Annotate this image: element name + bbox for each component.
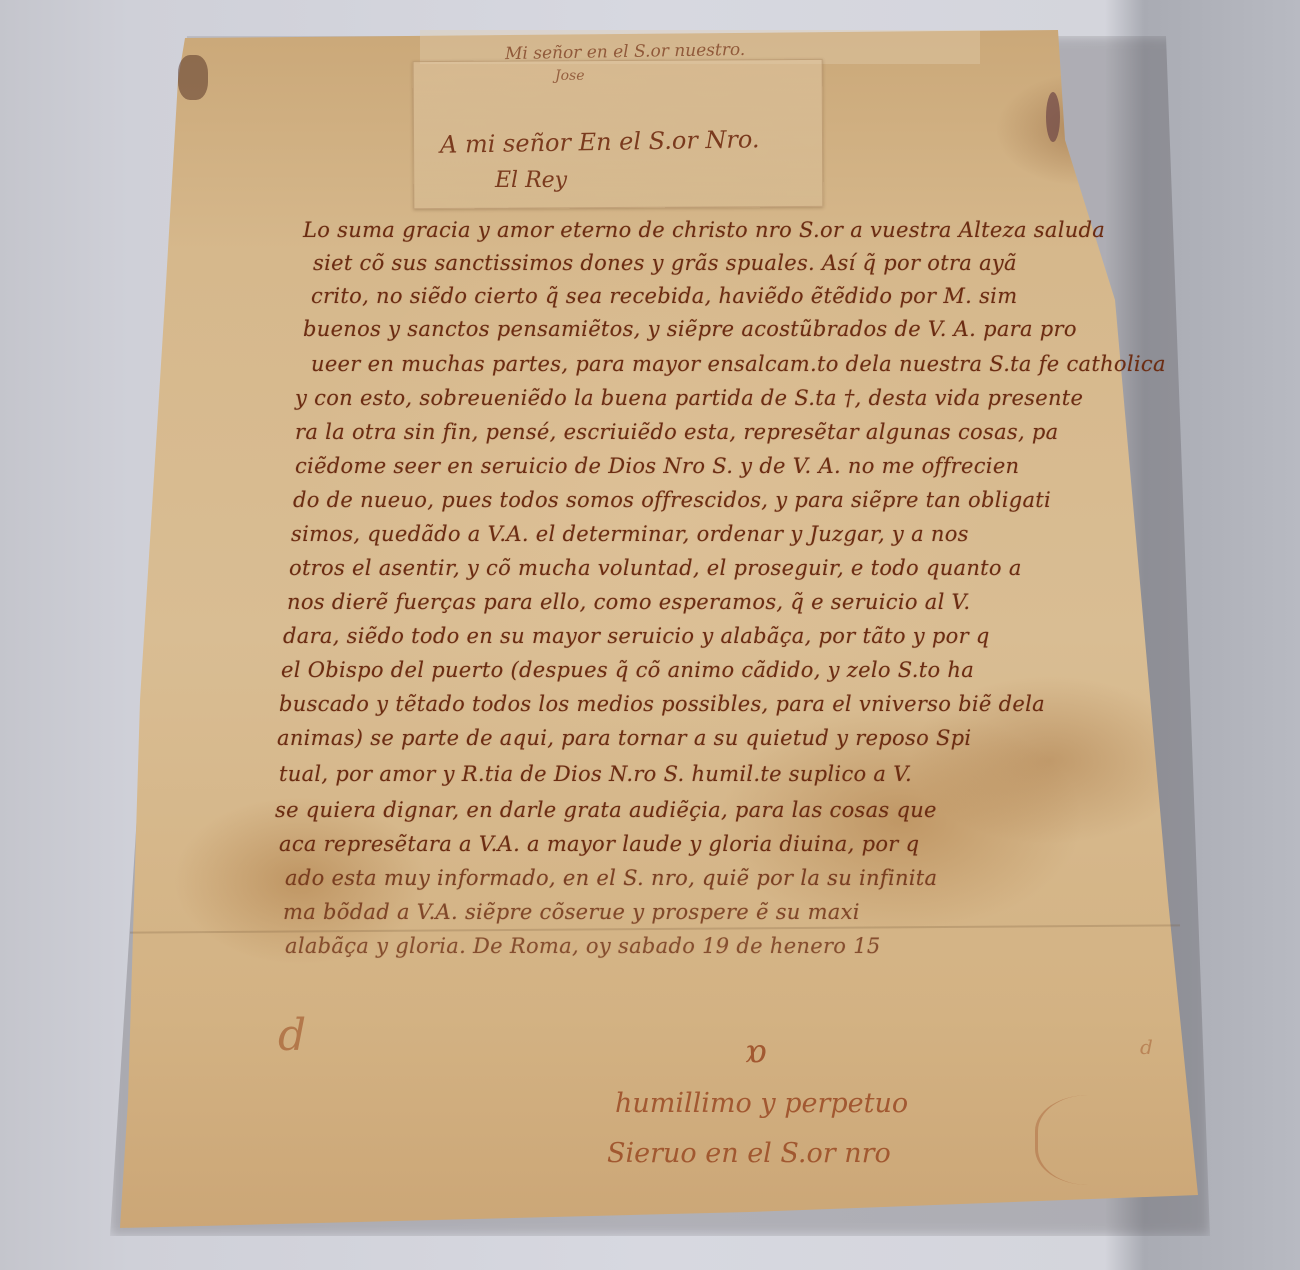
body-line: ueer en muchas partes, para mayor ensalc… [311, 352, 1166, 376]
body-line: tual, por amor y R.tia de Dios N.ro S. h… [279, 762, 912, 786]
body-line: dara, siẽdo todo en su mayor seruicio y … [283, 624, 990, 648]
body-line: ra la otra sin fin, pensé, escriuiẽdo es… [295, 420, 1058, 444]
body-line: crito, no siẽdo cierto q̃ sea recebida, … [311, 284, 1017, 308]
body-line: nos dierẽ fuerças para ello, como espera… [287, 590, 970, 614]
address-line-1: Mi señor en el S.or nuestro. [505, 40, 746, 64]
closing-line-2: Sieruo en el S.or nro [607, 1138, 891, 1169]
body-line: simos, quedãdo a V.A. el determinar, ord… [291, 522, 969, 546]
torn-corner [178, 55, 208, 100]
signature-flourish [1035, 1095, 1168, 1185]
address-line-2: Jose [555, 68, 585, 84]
address-line-3: A mi señor En el S.or Nro. [440, 125, 760, 159]
body-line: se quiera dignar, en darle grata audiẽçi… [275, 798, 937, 822]
closing-flourish: ɒ [745, 1032, 767, 1070]
body-line: otros el asentir, y cõ mucha voluntad, e… [289, 556, 1022, 580]
body-line: do de nueuo, pues todos somos offrescido… [293, 488, 1051, 512]
margin-mark: d [278, 1010, 306, 1061]
body-line: y con esto, sobreueniẽdo la buena partid… [295, 386, 1083, 410]
closing-line-1: humillimo y perpetuo [615, 1088, 908, 1119]
body-line: ma bõdad a V.A. siẽpre cõserue y prosper… [283, 900, 860, 924]
body-line: aca represẽtara a V.A. a mayor laude y g… [279, 832, 919, 856]
margin-mark: d [1140, 1035, 1153, 1059]
body-line: ciẽdome seer en seruicio de Dios Nro S. … [295, 454, 1019, 478]
address-line-4: El Rey [495, 168, 567, 193]
body-line: alabãça y gloria. De Roma, oy sabado 19 … [285, 934, 881, 958]
body-line: buenos y sanctos pensamiẽtos, y siẽpre a… [303, 317, 1077, 341]
body-line: ado esta muy informado, en el S. nro, qu… [285, 866, 937, 890]
body-line: Lo suma gracia y amor eterno de christo … [303, 218, 1105, 242]
body-line: buscado y tẽtado todos los medios possib… [279, 692, 1045, 716]
body-line: siet cõ sus sanctissimos dones y grãs sp… [313, 251, 1017, 275]
body-line: animas) se parte de aqui, para tornar a … [277, 726, 971, 750]
paper-tear [1046, 92, 1060, 142]
body-line: el Obispo del puerto (despues q̃ cõ anim… [281, 658, 974, 682]
